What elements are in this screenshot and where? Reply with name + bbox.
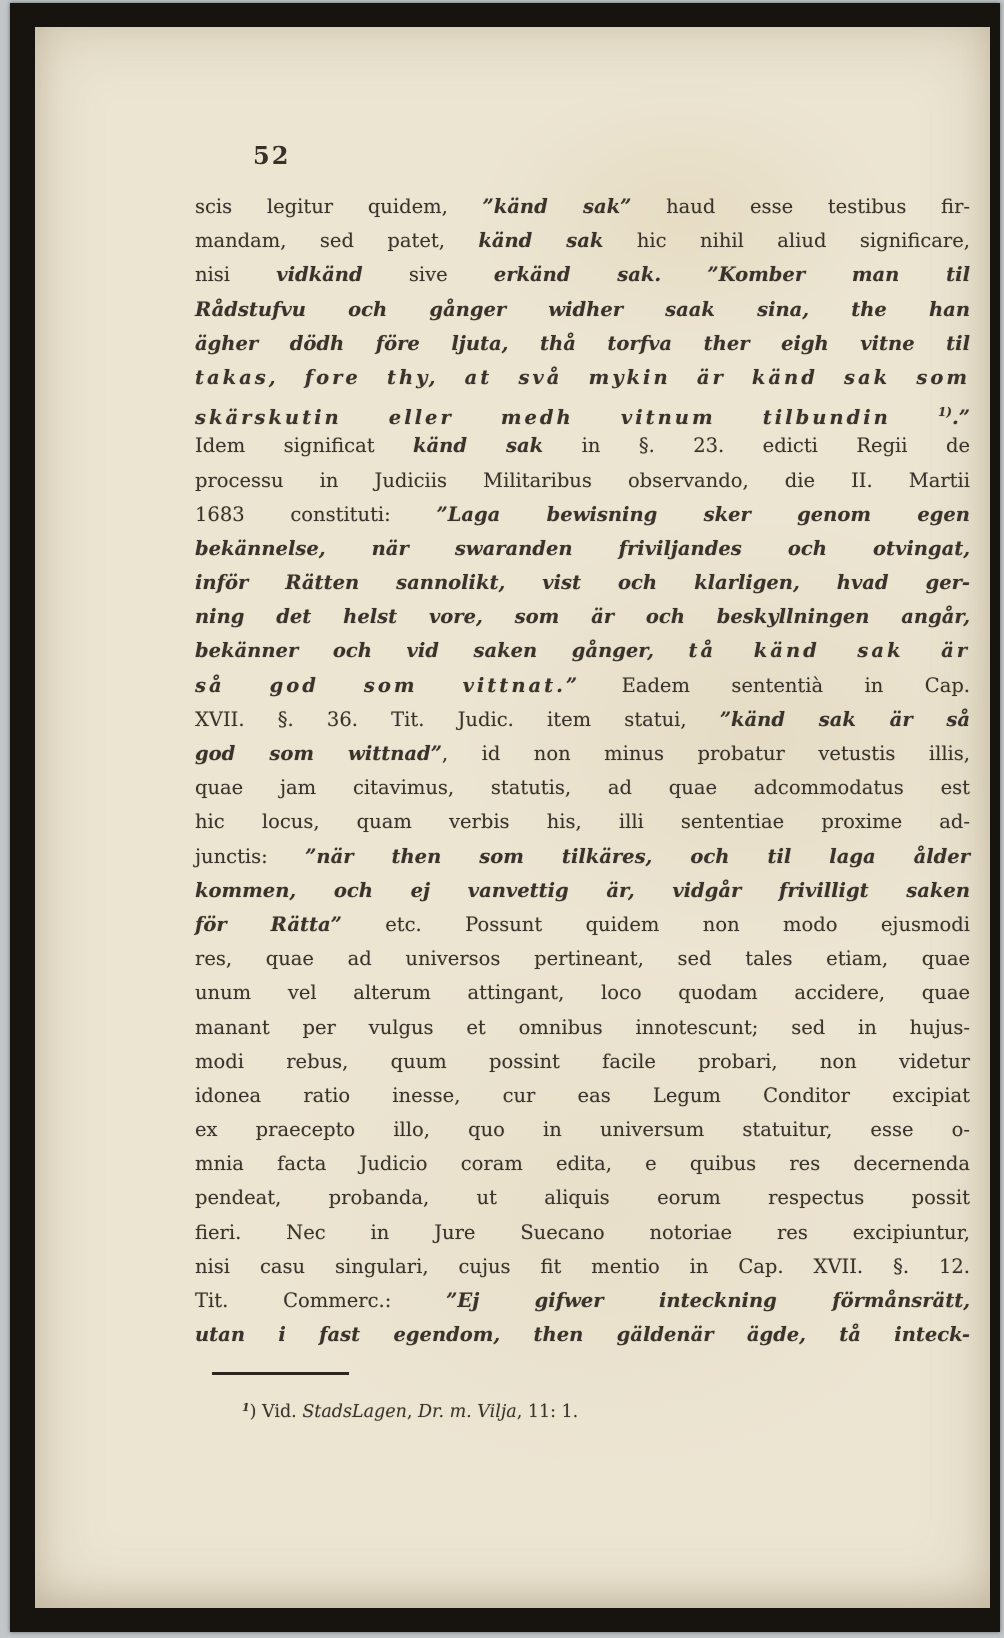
text-segment: manant per vulgus et omnibus innotescunt… [195, 1016, 970, 1039]
text-line: bekänner och vid saken gånger, tå känd s… [195, 634, 970, 668]
text-segment: 1 [242, 1401, 250, 1414]
text-line: scis legitur quidem, ”känd sak” haud ess… [195, 190, 970, 224]
text-segment: Rådstufvu och gånger widher saak sina, t… [195, 298, 970, 321]
text-line: skärskutin eller medh vitnum tilbundin 1… [195, 395, 970, 429]
text-line: pendeat, probanda, ut aliquis eorum resp… [195, 1181, 970, 1215]
text-line: nisi casu singulari, cujus fit mentio in… [195, 1250, 970, 1284]
text-segment: takas, fore thy, at svå mykin är känd sa… [195, 366, 970, 389]
text-segment: ”Laga bewisning sker genom egen [436, 503, 970, 526]
text-segment: modi rebus, quum possint facile probari,… [195, 1050, 970, 1073]
text-segment: ägher dödh före ljuta, thå torfva ther e… [195, 332, 970, 355]
footnote: 1) Vid. StadsLagen, Dr. m. Vilja, 11: 1. [242, 1393, 862, 1427]
text-line: XVII. §. 36. Tit. Judic. item statui, ”k… [195, 703, 970, 737]
text-line: mnia facta Judicio coram edita, e quibus… [195, 1147, 970, 1181]
page-number: 52 [253, 141, 290, 170]
text-segment: pendeat, probanda, ut aliquis eorum resp… [195, 1186, 970, 1209]
text-segment: 1) [938, 405, 952, 419]
text-segment: fieri. Nec in Jure Suecano notoriae res … [195, 1221, 970, 1244]
text-segment: XVII. §. 36. Tit. Judic. item statui, [195, 708, 720, 731]
text-line: takas, fore thy, at svå mykin är känd sa… [195, 361, 970, 395]
book-page: 52 scis legitur quidem, ”känd sak” haud … [35, 27, 990, 1608]
text-segment: vidkänd [276, 263, 362, 286]
text-line: modi rebus, quum possint facile probari,… [195, 1045, 970, 1079]
text-segment: hic nihil aliud significare, [603, 229, 970, 252]
text-segment: så god som vittnat.” [195, 674, 580, 697]
text-segment: ”känd sak” [483, 195, 632, 218]
text-segment: känd sak [413, 434, 543, 457]
text-segment: god som wittnad” [195, 742, 442, 765]
text-line: unum vel alterum attingant, loco quodam … [195, 976, 970, 1010]
text-line: god som wittnad”, id non minus probatur … [195, 737, 970, 771]
text-segment: för Rätta” [195, 913, 342, 936]
text-line: Rådstufvu och gånger widher saak sina, t… [195, 293, 970, 327]
text-segment: in §. 23. edicti Regii de [543, 434, 970, 457]
text-line: bekännelse, när swaranden friviljandes o… [195, 532, 970, 566]
text-segment: etc. Possunt quidem non modo ejusmodi [342, 913, 970, 936]
text-line: processu in Judiciis Militaribus observa… [195, 464, 970, 498]
text-segment: ning det helst vore, som är och beskylln… [195, 605, 970, 628]
text-segment: , 11: 1. [517, 1402, 579, 1422]
text-segment: quae jam citavimus, statutis, ad quae ad… [195, 776, 970, 799]
text-segment: junctis: [195, 845, 305, 868]
text-line: manant per vulgus et omnibus innotescunt… [195, 1011, 970, 1045]
text-segment: skärskutin eller medh vitnum tilbundin [195, 406, 938, 429]
text-segment: inför Rätten sannolikt, vist och klarlig… [195, 571, 970, 594]
text-line: Tit. Commerc.: ”Ej gifwer inteckning för… [195, 1284, 970, 1318]
text-line: Idem significat känd sak in §. 23. edict… [195, 429, 970, 463]
text-segment: scis legitur quidem, [195, 195, 483, 218]
text-segment: res, quae ad universos pertineant, sed t… [195, 947, 970, 970]
text-line: för Rätta” etc. Possunt quidem non modo … [195, 908, 970, 942]
text-segment: idonea ratio inesse, cur eas Legum Condi… [195, 1084, 970, 1107]
text-segment: mandam, sed patet, [195, 229, 478, 252]
text-segment: bekännelse, när swaranden friviljandes o… [195, 537, 970, 560]
text-line: ägher dödh före ljuta, thå torfva ther e… [195, 327, 970, 361]
text-line: fieri. Nec in Jure Suecano notoriae res … [195, 1216, 970, 1250]
text-segment: nisi casu singulari, cujus fit mentio in… [195, 1255, 970, 1278]
text-line: inför Rätten sannolikt, vist och klarlig… [195, 566, 970, 600]
text-segment: erkänd sak. [494, 263, 661, 286]
text-segment: ) Vid. [250, 1402, 303, 1422]
text-segment: .” [952, 406, 970, 429]
text-line: kommen, och ej vanvettig är, vidgår friv… [195, 874, 970, 908]
text-line: idonea ratio inesse, cur eas Legum Condi… [195, 1079, 970, 1113]
text-segment: unum vel alterum attingant, loco quodam … [195, 981, 970, 1004]
text-line: junctis: ”när then som tilkäres, och til… [195, 840, 970, 874]
text-line: mandam, sed patet, känd sak hic nihil al… [195, 224, 970, 258]
text-segment: tå känd sak är [689, 639, 970, 662]
text-segment: Eadem sententià in Cap. [580, 674, 970, 697]
text-segment: bekänner och vid saken gånger, [195, 639, 689, 662]
text-segment: ”Komber man til [707, 263, 970, 286]
text-segment: Tit. Commerc.: [195, 1289, 446, 1312]
text-segment: 1683 constituti: [195, 503, 436, 526]
text-line: utan i fast egendom, then gäldenär ägde,… [195, 1318, 970, 1352]
text-segment: Idem significat [195, 434, 413, 457]
text-segment: nisi [195, 263, 276, 286]
text-segment: Dr. m. Vilja [418, 1402, 517, 1422]
scan-black-border: 52 scis legitur quidem, ”känd sak” haud … [10, 3, 1000, 1632]
text-segment: känd sak [478, 229, 603, 252]
text-segment: , id non minus probatur vetustis illis, [442, 742, 970, 765]
text-segment: StadsLagen [302, 1402, 407, 1422]
text-line: ning det helst vore, som är och beskylln… [195, 600, 970, 634]
text-segment: hic locus, quam verbis his, illi sentent… [195, 810, 970, 833]
text-line: hic locus, quam verbis his, illi sentent… [195, 805, 970, 839]
text-line: quae jam citavimus, statutis, ad quae ad… [195, 771, 970, 805]
text-line: 1683 constituti: ”Laga bewisning sker ge… [195, 498, 970, 532]
text-segment: ”Ej gifwer inteckning förmånsrätt, [446, 1289, 970, 1312]
text-segment: ex praecepto illo, quo in universum stat… [195, 1118, 970, 1141]
text-segment: ”när then som tilkäres, och til laga åld… [305, 845, 970, 868]
text-segment: mnia facta Judicio coram edita, e quibus… [195, 1152, 970, 1175]
text-segment: haud esse testibus fir- [631, 195, 970, 218]
text-segment [661, 263, 707, 286]
text-segment: , [407, 1402, 418, 1422]
text-segment: sive [363, 263, 494, 286]
text-line: res, quae ad universos pertineant, sed t… [195, 942, 970, 976]
text-segment: kommen, och ej vanvettig är, vidgår friv… [195, 879, 970, 902]
footnote-divider [212, 1372, 349, 1375]
text-block: scis legitur quidem, ”känd sak” haud ess… [195, 190, 970, 1352]
text-segment: ”känd sak är så [720, 708, 970, 731]
text-line: nisi vidkänd sive erkänd sak. ”Komber ma… [195, 258, 970, 292]
text-line: så god som vittnat.” Eadem sententià in … [195, 669, 970, 703]
text-segment: processu in Judiciis Militaribus observa… [195, 469, 970, 492]
text-segment: utan i fast egendom, then gäldenär ägde,… [195, 1323, 970, 1346]
text-line: ex praecepto illo, quo in universum stat… [195, 1113, 970, 1147]
